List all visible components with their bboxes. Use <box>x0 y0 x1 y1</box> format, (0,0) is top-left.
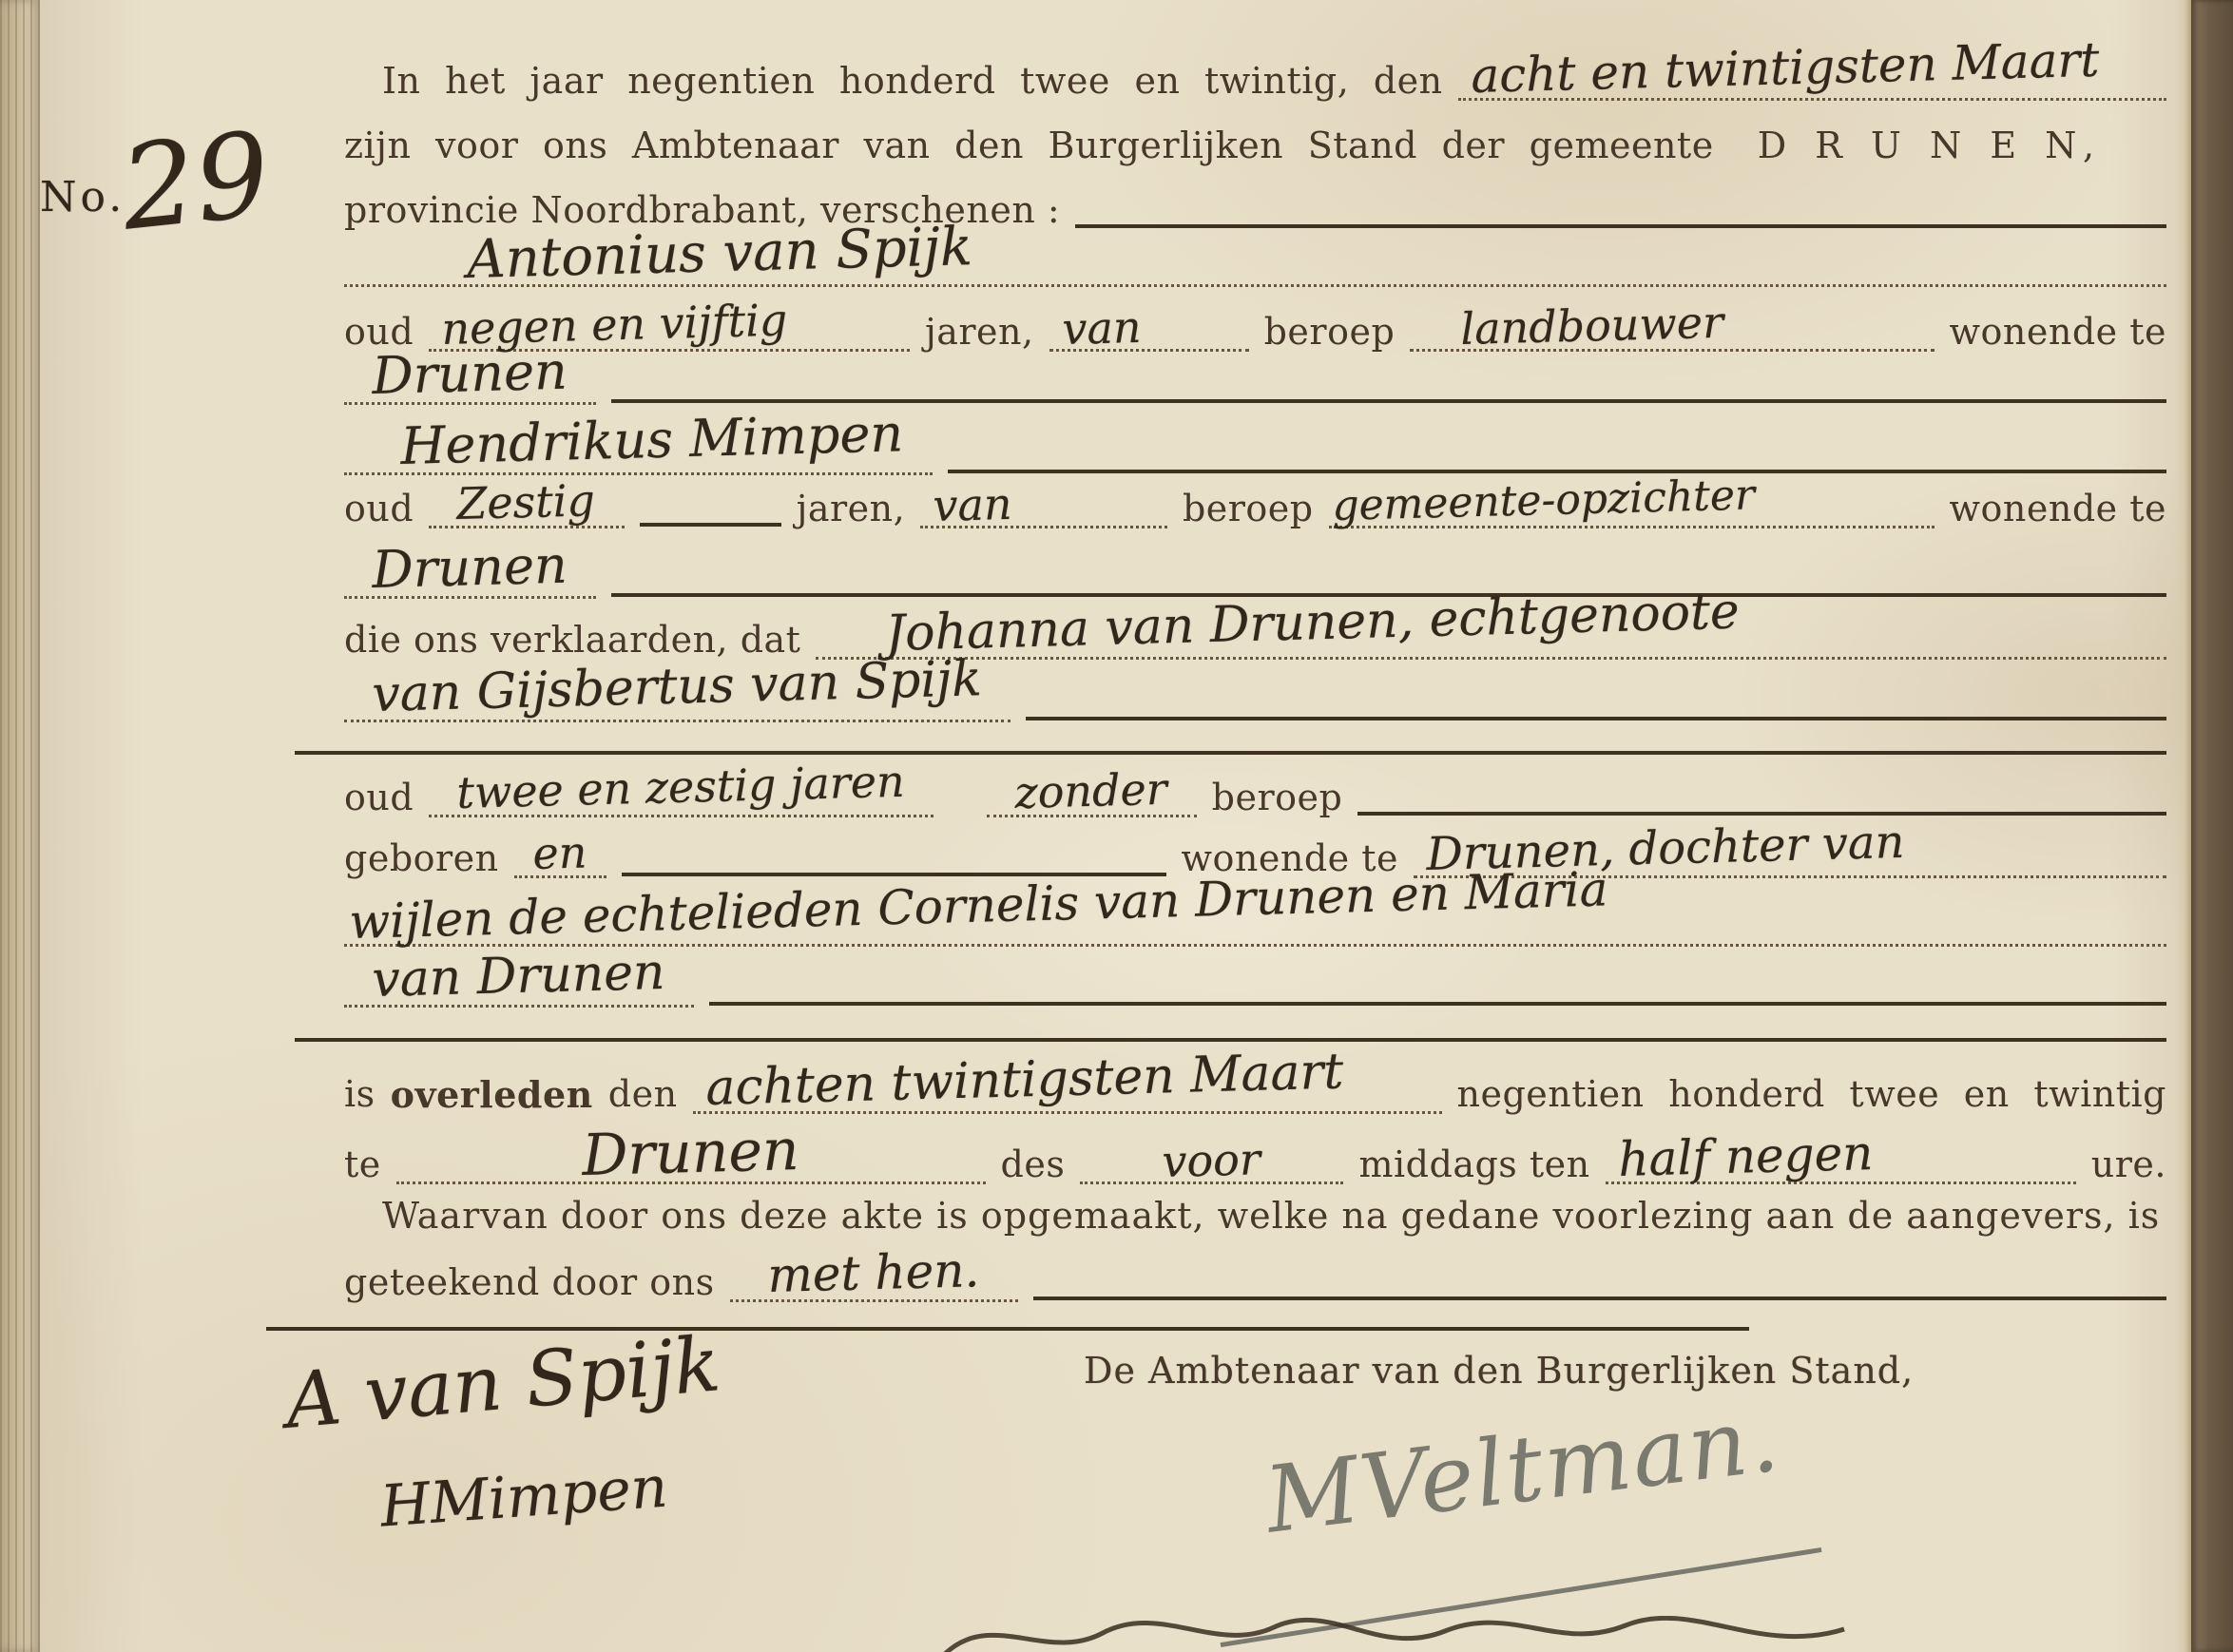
printed-closing-2: geteekend door ons <box>344 1264 715 1302</box>
printed-beroep: beroep <box>1264 314 1396 352</box>
signature-separator-rule <box>266 1327 1749 1331</box>
death-place-blank: Drunen <box>396 1130 986 1184</box>
registrar-signature: MVeltman. <box>1260 1385 1785 1553</box>
handwritten-daypart: voor <box>1162 1140 1261 1181</box>
printed-ure: ure. <box>2091 1146 2166 1184</box>
registrar-title: De Ambtenaar van den Burgerlijken Stand, <box>1084 1350 1914 1392</box>
deceased-spouse-blank: van Gijsbertus van Spijk <box>344 673 1011 722</box>
deceased-parents-blank: wijlen de echtelieden Cornelis van Drune… <box>344 901 2166 947</box>
printed-death-year: negentien honderd twee en twintig <box>1457 1076 2167 1114</box>
blank-rule <box>1033 1291 2166 1300</box>
handwritten-deceased-age: twee en zestig jaren <box>456 761 905 813</box>
death-date-blank: achten twintigsten Maart <box>693 1066 1442 1114</box>
printed-oud: oud <box>344 490 414 528</box>
declarant1-name-blank: Antonius van Spijk <box>344 237 2166 287</box>
handwritten-death-time: half negen <box>1617 1132 1873 1181</box>
handwritten-declarant2-residence: Drunen <box>372 543 568 594</box>
printed-is: is <box>344 1076 375 1114</box>
deceased-born-blank: en <box>514 835 606 878</box>
handwritten-death-date: achten twintigsten Maart <box>704 1049 1343 1110</box>
line-declarant2-name: Hendrikus Mimpen <box>344 416 2166 475</box>
line-year-date: In het jaar negentien honderd twee en tw… <box>382 55 2166 101</box>
printed-beroep: beroep <box>1183 490 1314 528</box>
printed-den: den <box>608 1076 678 1114</box>
handwritten-deceased-spouse: van Gijsbertus van Spijk <box>372 657 982 718</box>
daypart-blank: voor <box>1080 1143 1343 1184</box>
handwritten-registration-date: acht en twintigsten Maart <box>1470 39 2099 98</box>
deceased-zonder-blank: zonder <box>987 774 1196 817</box>
handwritten-deceased-parents-1: wijlen de echtelieden Cornelis van Drune… <box>349 868 1608 944</box>
line-declaration: die ons verklaarden, dat Johanna van Dru… <box>344 605 2166 660</box>
municipality-name: D R U N E N, <box>1758 127 2103 165</box>
closing-hand-blank: met hen. <box>730 1255 1018 1302</box>
printed-wonende-te: wonende te <box>1950 490 2167 528</box>
line-declarant2-details: oud Zestig jaren, van beroep gemeente-op… <box>344 483 2166 528</box>
line-deceased-spouse: van Gijsbertus van Spijk <box>344 665 2166 722</box>
handwritten-deceased-name: Johanna van Drunen, echtgenoote <box>885 590 1740 657</box>
printed-wonende-te: wonende te <box>1950 314 2167 352</box>
handwritten-declarant1-age: negen en vijftig <box>441 300 788 349</box>
line-declarant1-name: Antonius van Spijk <box>344 228 2166 287</box>
declarant2-signature: HMimpen <box>378 1454 670 1541</box>
line-closing-2: geteekend door ons met hen. <box>344 1249 2166 1302</box>
declarant1-residence-blank: Drunen <box>344 354 596 405</box>
blank-rule <box>611 394 2166 403</box>
handwritten-declarant1-occupation: landbouwer <box>1460 302 1724 349</box>
book-gutter-edge <box>0 0 40 1652</box>
line-death-place-time: te Drunen des voor middags ten half nege… <box>344 1129 2166 1184</box>
printed-middags-ten: middags ten <box>1358 1146 1589 1184</box>
handwritten-death-place: Drunen <box>581 1124 799 1181</box>
blank-rule <box>295 751 2166 755</box>
page-right-edge <box>2191 0 2233 1652</box>
printed-die-ons-verklaarden: die ons verklaarden, dat <box>344 622 800 660</box>
printed-oud: oud <box>344 779 414 817</box>
declarant1-occupation-blank: landbouwer <box>1410 310 1934 352</box>
handwritten-declarant2-age: Zestig <box>456 481 595 524</box>
deceased-age-blank: twee en zestig jaren <box>429 774 934 817</box>
printed-overleden: overleden <box>391 1076 593 1114</box>
declarant2-occupation-blank: gemeente-opzichter <box>1329 488 1935 528</box>
handwritten-born: en <box>532 833 587 874</box>
printed-des: des <box>1001 1146 1066 1184</box>
declarant2-name-blank: Hendrikus Mimpen <box>344 424 933 475</box>
handwritten-met-hen: met hen. <box>766 1249 979 1297</box>
blank-rule <box>1026 711 2166 720</box>
van-blank: van <box>920 487 1167 528</box>
partial-handwriting-bottom <box>932 1616 1863 1652</box>
printed-text-registrar: zijn voor ons Ambtenaar van den Burgerli… <box>344 127 1714 165</box>
deceased-name-blank: Johanna van Drunen, echtgenoote <box>816 612 2166 660</box>
blank-rule <box>1075 219 2166 228</box>
line-declarant1-details: oud negen en vijftig jaren, van beroep l… <box>344 306 2166 352</box>
date-blank: acht en twintigsten Maart <box>1458 55 2166 101</box>
printed-jaren: jaren, <box>925 314 1034 352</box>
handwritten-declarant1-residence: Drunen <box>372 349 568 400</box>
printed-closing-1: Waarvan door ons deze akte is opgemaakt,… <box>382 1198 2160 1236</box>
death-certificate-scan: No. 29 In het jaar negentien honderd twe… <box>0 0 2233 1652</box>
page-edge-highlight <box>2174 0 2191 1652</box>
line-declarant1-residence: Drunen <box>344 348 2166 405</box>
handwritten-declarant2-name: Hendrikus Mimpen <box>400 412 904 471</box>
printed-jaren: jaren, <box>797 490 906 528</box>
printed-te: te <box>344 1146 381 1184</box>
act-number-value: 29 <box>115 106 276 256</box>
blank-rule <box>295 1038 2166 1042</box>
line-declarant2-residence: Drunen <box>344 542 2166 599</box>
van-blank: van <box>1049 310 1249 352</box>
printed-beroep: beroep <box>1212 779 1343 817</box>
act-number-label: No. <box>40 173 125 221</box>
blank-rule <box>1357 806 2166 816</box>
handwritten-van: van <box>1062 307 1142 349</box>
handwritten-declarant1-name: Antonius van Spijk <box>467 223 973 284</box>
line-province: provincie Noordbrabant, verschenen : <box>344 184 2166 230</box>
line-deceased-parents-2: van Drunen <box>344 951 2166 1008</box>
blank-rule <box>640 517 781 527</box>
blank-rule <box>948 464 2166 473</box>
line-deceased-age: oud twee en zestig jaren zonder beroep <box>344 772 2166 817</box>
handwritten-zonder: zonder <box>1014 769 1167 813</box>
declarant2-age-blank: Zestig <box>429 485 624 528</box>
printed-geboren: geboren <box>344 840 499 878</box>
declarant1-signature: A van Spijk <box>282 1319 723 1446</box>
printed-text-year: In het jaar negentien honderd twee en tw… <box>382 63 1443 101</box>
handwritten-deceased-parents-2: van Drunen <box>372 951 665 1003</box>
blank-rule <box>709 996 2166 1006</box>
line-deceased-parents-1: wijlen de echtelieden Cornelis van Drune… <box>344 890 2166 947</box>
handwritten-van: van <box>933 484 1012 526</box>
death-time-blank: half negen <box>1606 1139 2076 1184</box>
handwritten-declarant2-occupation: gemeente-opzichter <box>1332 477 1755 526</box>
declarant2-residence-blank: Drunen <box>344 547 596 599</box>
line-closing-1: Waarvan door ons deze akte is opgemaakt,… <box>382 1190 2166 1236</box>
line-registrar-municipality: zijn voor ons Ambtenaar van den Burgerli… <box>344 120 2166 165</box>
line-death-date: is overleden den achten twintigsten Maar… <box>344 1066 2166 1114</box>
deceased-parents2-blank: van Drunen <box>344 958 694 1008</box>
